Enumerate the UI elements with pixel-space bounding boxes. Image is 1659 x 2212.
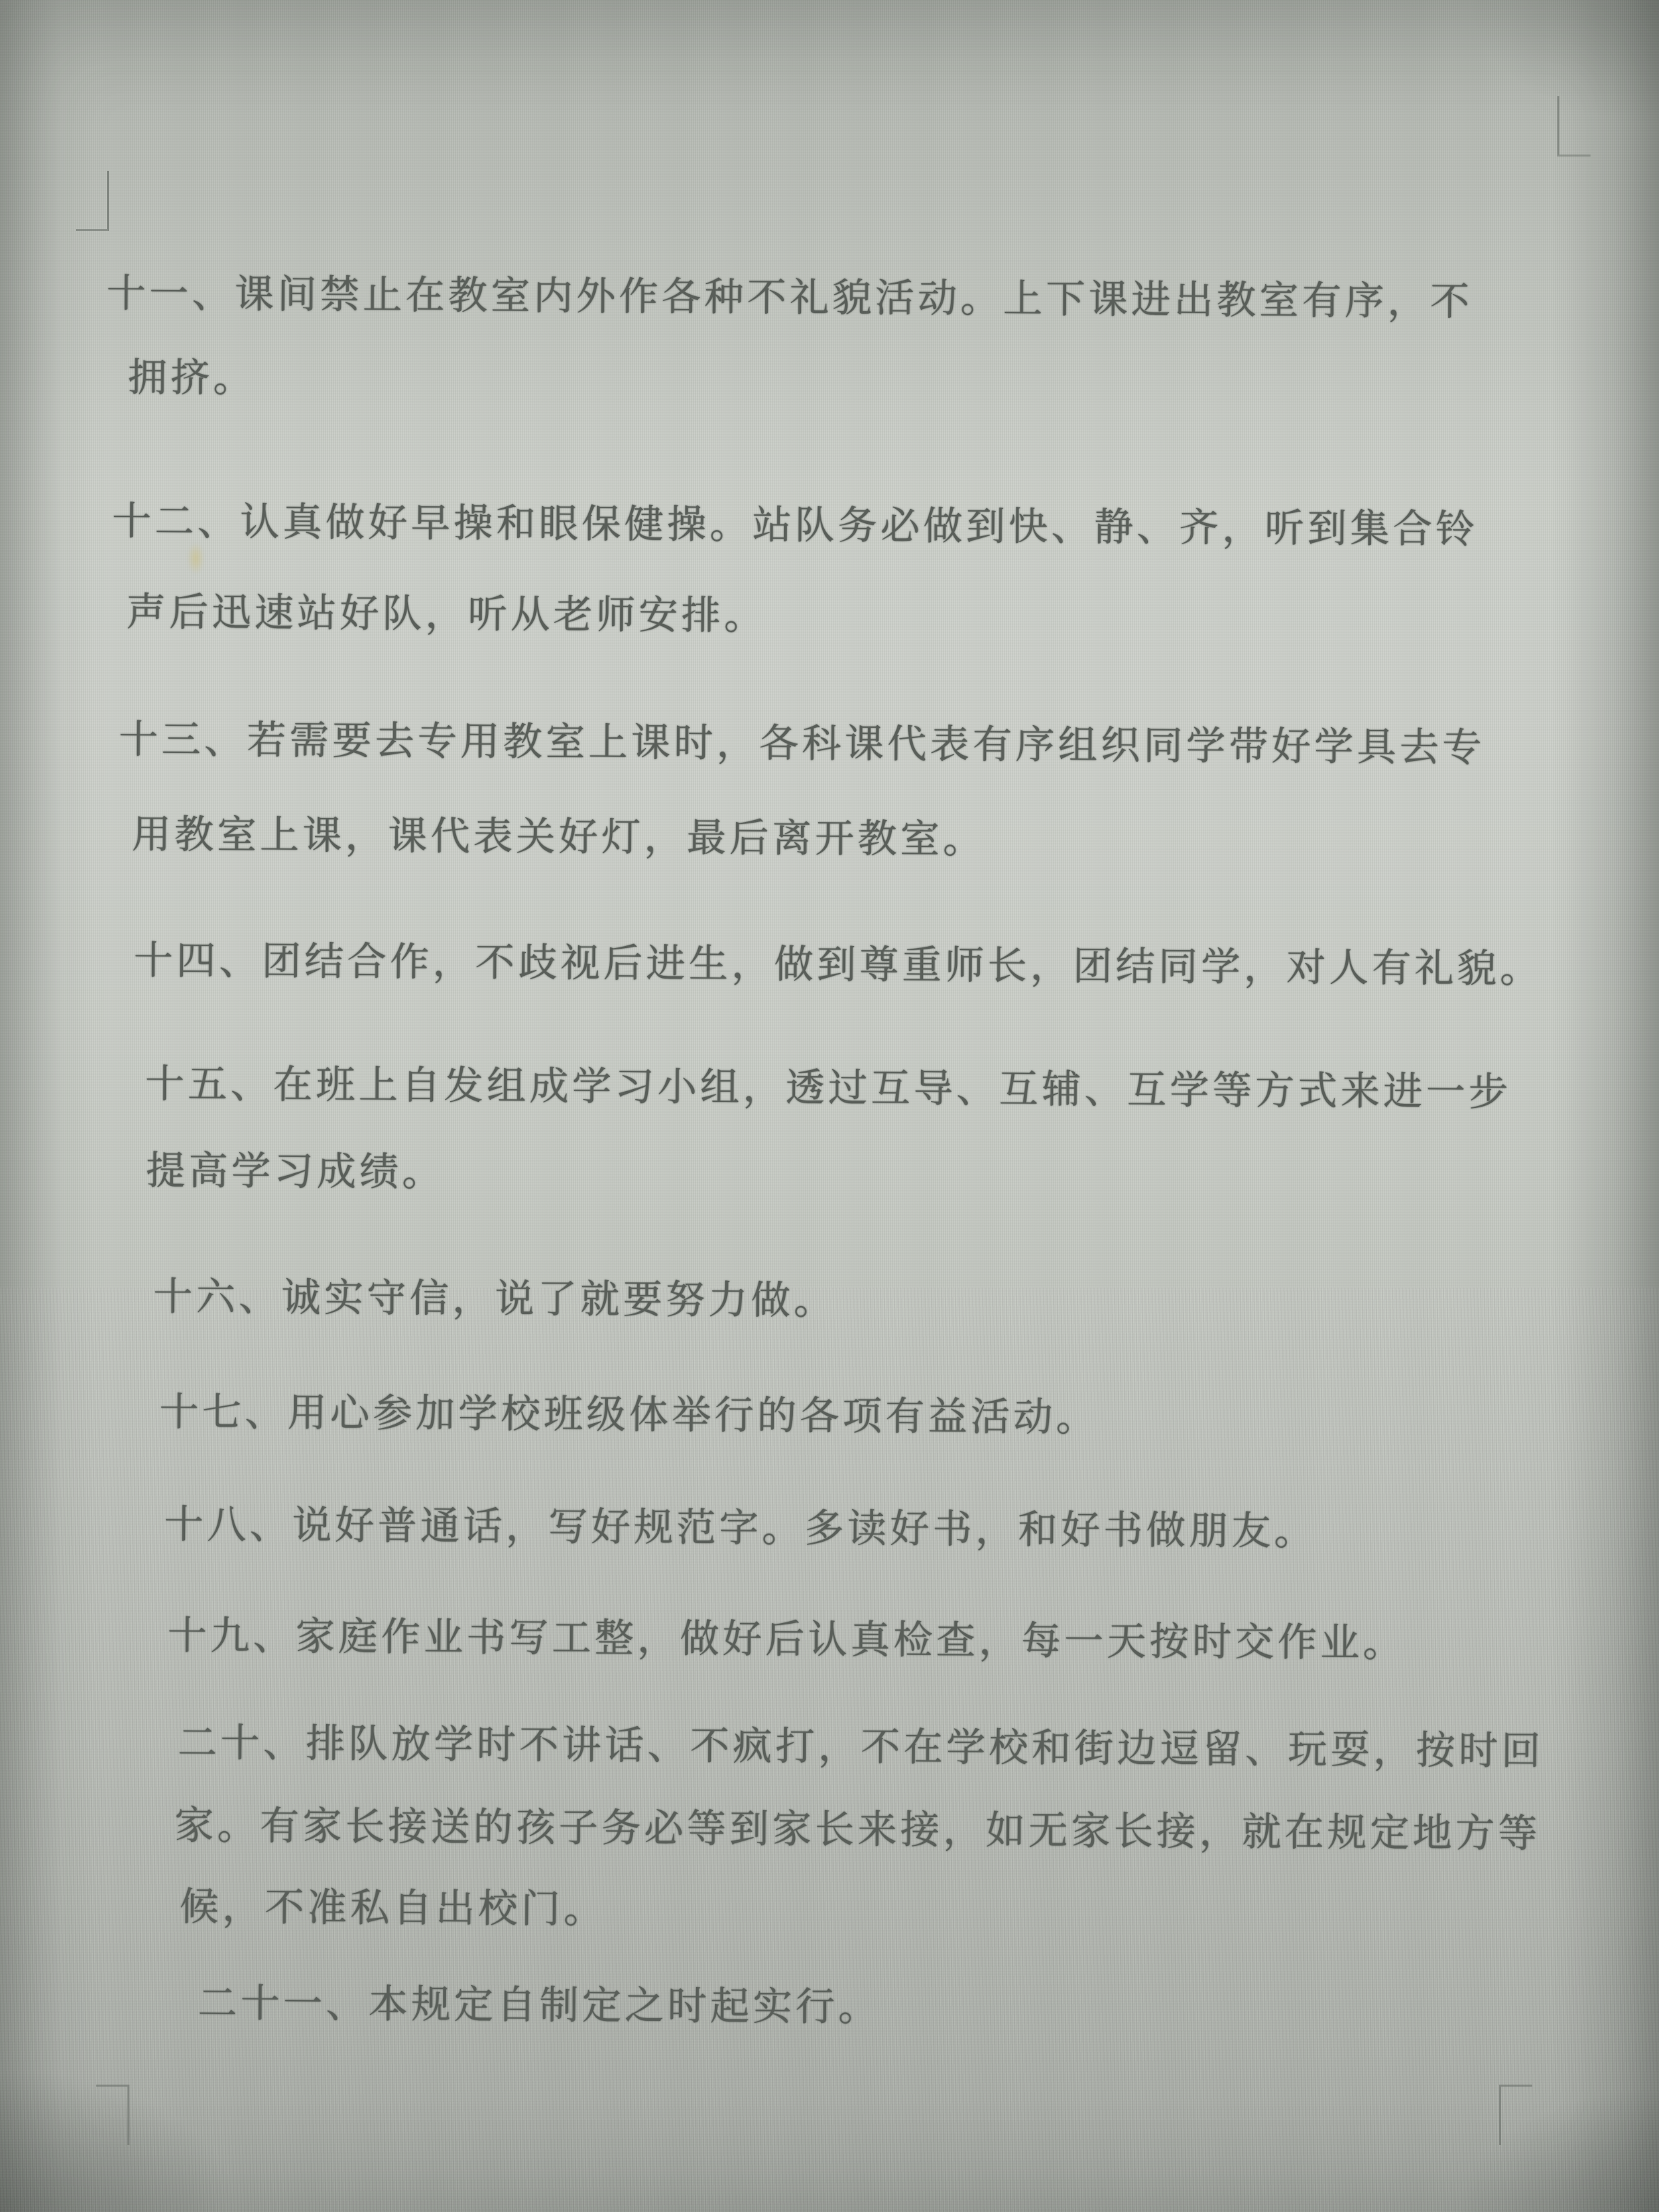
- rule-12-line-1: 十二、认真做好早操和眼保健操。站队务必做到快、静、齐，听到集合铃: [112, 489, 1478, 554]
- rule-15-line-1: 十五、在班上自发组成学习小组，透过互导、互辅、互学等方式来进一步: [145, 1052, 1511, 1117]
- rule-20-line-2: 家。有家长接送的孩子务必等到家长来接，如无家长接，就在规定地方等: [174, 1793, 1540, 1858]
- rule-21-line-1: 二十一、本规定自制定之时起实行。: [198, 1971, 882, 2032]
- rule-15-line-2: 提高学习成绩。: [146, 1139, 445, 1197]
- rule-16-line-1: 十六、诚实守信，说了就要努力做。: [153, 1265, 837, 1326]
- document-page: 十一、课间禁止在教室内外作各种不礼貌活动。上下课进出教室有序，不 拥挤。 十二、…: [0, 0, 1659, 2212]
- rule-18-line-1: 十八、说好普通话，写好规范字。多读好书，和好书做朋友。: [164, 1492, 1317, 1556]
- rule-11-line-1: 十一、课间禁止在教室内外作各种不礼貌活动。上下课进出教室有序，不: [106, 261, 1473, 326]
- rule-20-line-3: 候，不准私自出校门。: [180, 1875, 607, 1934]
- rule-20-line-1: 二十、排队放学时不讲话、不疯打，不在学校和街边逗留、玩耍，按时回: [178, 1711, 1544, 1776]
- rule-11-line-2: 拥挤。: [127, 346, 256, 403]
- rule-19-line-1: 十九、家庭作业书写工整，做好后认真检查，每一天按时交作业。: [167, 1603, 1406, 1668]
- rule-17-line-1: 十七、用心参加学校班级体举行的各项有益活动。: [159, 1380, 1099, 1442]
- rule-14-line-1: 十四、团结合作，不歧视后进生，做到尊重师长，团结同学，对人有礼貌。: [134, 928, 1542, 994]
- photographed-document: 十一、课间禁止在教室内外作各种不礼貌活动。上下课进出教室有序，不 拥挤。 十二、…: [0, 0, 1659, 2212]
- rule-12-line-2: 声后迅速站好队，听从老师安排。: [126, 580, 767, 641]
- rule-13-line-2: 用教室上课，课代表关好灯，最后离开教室。: [131, 802, 986, 865]
- rule-13-line-1: 十三、若需要去专用教室上课时，各科课代表有序组织同学带好学具去专: [119, 708, 1485, 773]
